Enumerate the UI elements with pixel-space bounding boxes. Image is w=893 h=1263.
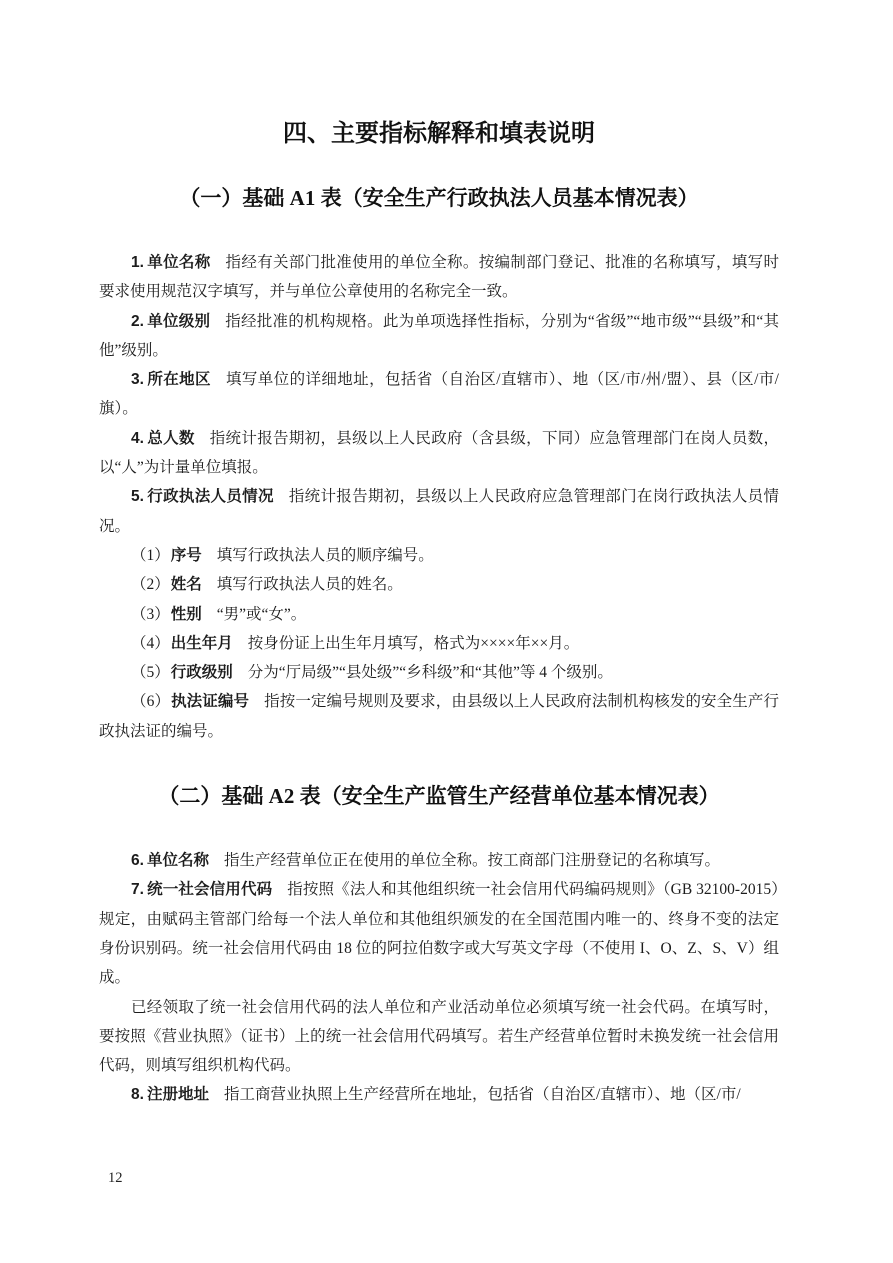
subitem-text: 分为“厅局级”“县处级”“乡科级”和“其他”等 4 个级别。 bbox=[248, 664, 613, 681]
item-number: 8. bbox=[131, 1086, 147, 1103]
subitem-label: 序号 bbox=[171, 547, 217, 564]
item-label: 单位级别 bbox=[147, 313, 225, 330]
document-title: 四、主要指标解释和填表说明 bbox=[99, 121, 779, 147]
subitem-label: 行政级别 bbox=[171, 664, 248, 681]
paragraph-enforcement-staff: 5.行政执法人员情况指统计报告期初，县级以上人民政府应急管理部门在岗行政执法人员… bbox=[99, 482, 779, 541]
subitem-text: 填写行政执法人员的姓名。 bbox=[217, 576, 403, 593]
subitem-label: 性别 bbox=[171, 606, 217, 623]
subitem-label: 姓名 bbox=[171, 576, 217, 593]
item-number: 3. bbox=[131, 371, 147, 388]
item-text: 指生产经营单位正在使用的单位全称。按工商部门注册登记的名称填写。 bbox=[224, 852, 720, 869]
subitem-gender: （3）性别“男”或“女”。 bbox=[99, 600, 779, 629]
subitem-admin-rank: （5）行政级别分为“厅局级”“县处级”“乡科级”和“其他”等 4 个级别。 bbox=[99, 658, 779, 687]
subitem-number: （6） bbox=[131, 693, 171, 710]
item-number: 1. bbox=[131, 254, 147, 271]
subitem-number: （3） bbox=[131, 606, 171, 623]
document-page: 四、主要指标解释和填表说明 （一）基础 A1 表（安全生产行政执法人员基本情况表… bbox=[0, 0, 893, 1263]
item-text: 指工商营业执照上生产经营所在地址，包括省（自治区/直辖市）、地（区/市/ bbox=[224, 1086, 741, 1103]
item-number: 5. bbox=[131, 488, 147, 505]
item-number: 2. bbox=[131, 313, 147, 330]
subitem-serial-number: （1）序号填写行政执法人员的顺序编号。 bbox=[99, 541, 779, 570]
item-text: 已经领取了统一社会信用代码的法人单位和产业活动单位必须填写统一社会代码。在填写时… bbox=[99, 999, 779, 1075]
item-number: 6. bbox=[131, 852, 147, 869]
item-label: 统一社会信用代码 bbox=[147, 881, 287, 898]
item-label: 单位名称 bbox=[147, 254, 226, 271]
subitem-number: （5） bbox=[131, 664, 171, 681]
paragraph-unit-name: 1.单位名称指经有关部门批准使用的单位全称。按编制部门登记、批准的名称填写，填写… bbox=[99, 248, 779, 307]
item-number: 4. bbox=[131, 430, 147, 447]
item-label: 注册地址 bbox=[147, 1086, 224, 1103]
subitem-text: 填写行政执法人员的顺序编号。 bbox=[217, 547, 434, 564]
subitem-number: （4） bbox=[131, 635, 171, 652]
section-heading-a1: （一）基础 A1 表（安全生产行政执法人员基本情况表） bbox=[99, 185, 779, 211]
section-heading-a2: （二）基础 A2 表（安全生产监管生产经营单位基本情况表） bbox=[99, 783, 779, 809]
item-label: 单位名称 bbox=[147, 852, 224, 869]
paragraph-credit-code: 7.统一社会信用代码指按照《法人和其他组织统一社会信用代码编码规则》（GB 32… bbox=[99, 875, 779, 992]
subitem-text: “男”或“女”。 bbox=[217, 606, 307, 623]
subitem-name: （2）姓名填写行政执法人员的姓名。 bbox=[99, 570, 779, 599]
paragraph-credit-code-note: 已经领取了统一社会信用代码的法人单位和产业活动单位必须填写统一社会代码。在填写时… bbox=[99, 993, 779, 1081]
subitem-label: 执法证编号 bbox=[171, 693, 264, 710]
subitem-label: 出生年月 bbox=[171, 635, 248, 652]
paragraph-company-name: 6.单位名称指生产经营单位正在使用的单位全称。按工商部门注册登记的名称填写。 bbox=[99, 846, 779, 875]
paragraph-registered-address: 8.注册地址指工商营业执照上生产经营所在地址，包括省（自治区/直辖市）、地（区/… bbox=[99, 1080, 779, 1109]
item-label: 总人数 bbox=[147, 430, 210, 447]
paragraph-total-headcount: 4.总人数指统计报告期初，县级以上人民政府（含县级，下同）应急管理部门在岗人员数… bbox=[99, 424, 779, 483]
subitem-number: （1） bbox=[131, 547, 171, 564]
paragraph-location: 3.所在地区填写单位的详细地址，包括省（自治区/直辖市）、地（区/市/州/盟）、… bbox=[99, 365, 779, 424]
item-label: 所在地区 bbox=[147, 371, 226, 388]
subitem-birth-date: （4）出生年月按身份证上出生年月填写，格式为××××年××月。 bbox=[99, 629, 779, 658]
subitem-number: （2） bbox=[131, 576, 171, 593]
page-content: 四、主要指标解释和填表说明 （一）基础 A1 表（安全生产行政执法人员基本情况表… bbox=[99, 0, 779, 1110]
page-number: 12 bbox=[108, 1170, 123, 1187]
subitem-text: 按身份证上出生年月填写，格式为××××年××月。 bbox=[248, 635, 579, 652]
item-number: 7. bbox=[131, 881, 147, 898]
paragraph-unit-level: 2.单位级别指经批准的机构规格。此为单项选择性指标，分别为“省级”“地市级”“县… bbox=[99, 307, 779, 366]
subitem-certificate-number: （6）执法证编号指按一定编号规则及要求，由县级以上人民政府法制机构核发的安全生产… bbox=[99, 687, 779, 746]
item-label: 行政执法人员情况 bbox=[147, 488, 289, 505]
